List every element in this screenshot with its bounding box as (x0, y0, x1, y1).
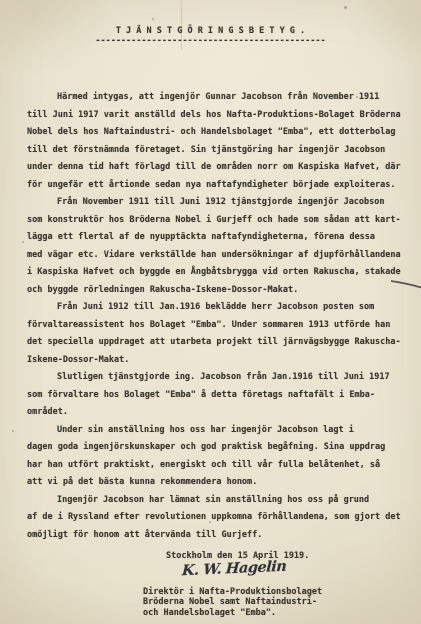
text-line: Bröderna Nobel samt Naftaindustri- (143, 597, 322, 607)
text-line: och byggde rörledningen Rakuscha-Iskene-… (27, 282, 409, 300)
pen-mark (391, 278, 421, 292)
paragraph: Slutligen tjänstgjorde ing. Jacobson frå… (27, 369, 409, 422)
text-line: lägga ett flertal af de nyupptäckta naft… (27, 229, 409, 247)
text-line: som konstruktör hos Bröderna Nobel i Gur… (27, 212, 409, 230)
text-line: Slutligen tjänstgjorde ing. Jacobson frå… (27, 369, 409, 387)
signature-handwriting: K. W. Hagelin (182, 558, 287, 580)
text-line: Härmed intygas, att ingenjör Gunnar Jaco… (27, 89, 409, 107)
text-line: under denna tid haft förlagd till de omr… (27, 159, 409, 177)
document-body: Härmed intygas, att ingenjör Gunnar Jaco… (27, 89, 409, 544)
text-line: dagen goda ingenjörskunskaper och god pr… (27, 439, 409, 457)
paragraph: Ingenjör Jacobson har lämnat sin anställ… (27, 492, 409, 545)
text-line: har han utfört praktiskt, energiskt och … (27, 457, 409, 475)
text-line: för ungefär ett årtionde sedan nya nafta… (27, 177, 409, 195)
text-line: Under sin anställning hos oss har ingenj… (27, 422, 409, 440)
paragraph: Härmed intygas, att ingenjör Gunnar Jaco… (27, 89, 409, 194)
text-line: Nobel dels hos Naftaindustri- och Handel… (27, 124, 409, 142)
paragraph: Från November 1911 till Juni 1912 tjänst… (27, 194, 409, 299)
paper-speck (344, 6, 347, 9)
text-line: som förvaltare hos Bolaget "Emba" å dett… (27, 387, 409, 405)
text-line: området. (27, 404, 409, 422)
text-line: af de i Ryssland efter revolutionen uppk… (27, 509, 409, 527)
paper-speck (22, 241, 24, 243)
paragraph: Från Juni 1912 till Jan.1916 beklädde he… (27, 299, 409, 369)
paper-speck (152, 18, 154, 20)
text-line: Ingenjör Jacobson har lämnat sin anställ… (27, 492, 409, 510)
signer-title-block: Direktör i Nafta-ProduktionsbolagetBröde… (143, 587, 322, 618)
text-line: till Juni 1917 varit anställd dels hos N… (27, 107, 409, 125)
text-line: Från November 1911 till Juni 1912 tjänst… (27, 194, 409, 212)
text-line: i Kaspiska Hafvet och byggde en Ångbåtsb… (27, 264, 409, 282)
text-line: Iskene-Dossor-Makat. (27, 352, 409, 370)
text-line: omöjligt för honom att återvända till Gu… (27, 527, 409, 545)
paragraph: Under sin anställning hos oss har ingenj… (27, 422, 409, 492)
text-line: förvaltareassistent hos Bolaget "Emba". … (27, 317, 409, 335)
text-line: Direktör i Nafta-Produktionsbolaget (143, 587, 322, 597)
text-line: det speciella uppdraget att utarbeta pro… (27, 334, 409, 352)
text-line: och Handelsbolaget "Emba". (143, 608, 322, 618)
title-underline: ----------------------------------------… (0, 36, 421, 46)
document-page: T J Ä N S T G Ö R I N G S B E T Y G . --… (0, 0, 421, 624)
text-line: Från Juni 1912 till Jan.1916 beklädde he… (27, 299, 409, 317)
text-line: till det förstnämnda företaget. Sin tjän… (27, 142, 409, 160)
document-title: T J Ä N S T G Ö R I N G S B E T Y G . (0, 26, 421, 36)
text-line: att vi på det bästa kunna rekommendera h… (27, 474, 409, 492)
text-line: med vägar etc. Vidare verkställde han un… (27, 247, 409, 265)
paper-speck (12, 430, 14, 432)
